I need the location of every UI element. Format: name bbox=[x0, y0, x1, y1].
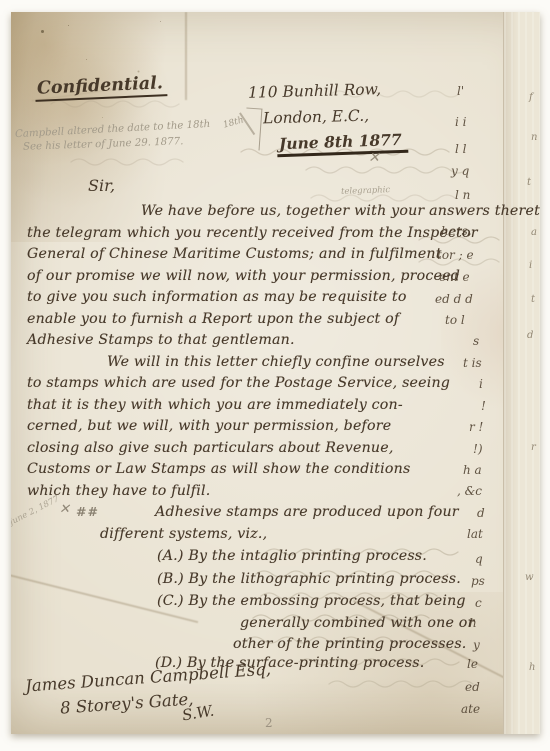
ink-fragment: f bbox=[529, 92, 533, 103]
letter-line: (C.) By the embossing process, that bein… bbox=[157, 593, 466, 609]
letter-line: to give you such information as may be r… bbox=[27, 289, 407, 305]
ink-fragment: l' bbox=[457, 84, 464, 98]
ink-fragment: h bbox=[529, 662, 535, 673]
ink-fragment: , &c bbox=[457, 484, 482, 498]
letter-line: General of Chinese Maritime Customs; and… bbox=[27, 246, 442, 262]
ink-fragment: ate bbox=[461, 702, 480, 716]
letter-line: We will in this letter chiefly confine o… bbox=[107, 354, 445, 370]
ink-fragment: r bbox=[531, 442, 536, 453]
ink-fragment: y bbox=[473, 638, 480, 652]
letter-line: of our promise we will now, with your pe… bbox=[27, 268, 460, 284]
pencil-hash-marks: ## bbox=[76, 504, 99, 519]
ink-fragment: ps bbox=[471, 574, 485, 588]
bleedthrough-stroke bbox=[311, 195, 455, 201]
ink-fragment: h a bbox=[463, 463, 482, 477]
bleedthrough-stroke bbox=[71, 159, 183, 165]
ink-fragment: i bbox=[479, 377, 483, 391]
ink-fragment: q bbox=[475, 552, 483, 566]
ink-fragment: ed d d bbox=[435, 292, 473, 306]
address-line-2: London, E.C., bbox=[263, 107, 370, 128]
letter-line: (A.) By the intaglio printing process. bbox=[157, 548, 427, 564]
letter-line: Adhesive Stamps to that gentleman. bbox=[27, 332, 295, 348]
letter-line: to stamps which are used for the Postage… bbox=[27, 375, 450, 391]
letter-line: closing also give such particulars about… bbox=[27, 440, 394, 456]
pencil-x-mark: ✕ bbox=[59, 502, 70, 517]
letter-line: cerned, but we will, with your permissio… bbox=[27, 418, 391, 434]
ink-fragment: tor ; e bbox=[437, 248, 474, 262]
date-line: June 8th 1877 bbox=[277, 130, 409, 158]
ink-fragment: a bbox=[531, 227, 537, 238]
ink-fragment: to l bbox=[445, 313, 465, 327]
letter-line: (B.) By the lithographic printing proces… bbox=[157, 571, 461, 587]
letter-line: Adhesive stamps are produced upon four bbox=[155, 504, 459, 520]
ink-fragment: t bbox=[527, 177, 531, 188]
bleedthrough-stroke bbox=[329, 681, 473, 687]
letter-line: other of the printing processes. bbox=[233, 636, 467, 652]
scan-background: l'i il ly ql nhers,tor ; eent eed d dto … bbox=[0, 0, 550, 751]
ink-fragment: r ! bbox=[469, 420, 483, 434]
page-number: 2 bbox=[265, 716, 273, 730]
ink-fragment: i i bbox=[455, 115, 467, 129]
ink-fragment: ed bbox=[465, 680, 480, 694]
ink-fragment: !) bbox=[473, 442, 483, 456]
ink-fragment: le bbox=[467, 657, 478, 671]
ink-fragment: s bbox=[473, 334, 479, 348]
pencil-insertion: telegraphic bbox=[341, 185, 390, 197]
ink-fragment: l l bbox=[455, 142, 467, 156]
letter-page: l'i il ly ql nhers,tor ; eent eed d dto … bbox=[11, 12, 540, 734]
ink-fragment: c bbox=[475, 596, 482, 610]
ink-fragment: l n bbox=[455, 188, 470, 202]
pencil-x-mark: ✕ bbox=[368, 150, 380, 166]
address-line-1: 110 Bunhill Row, bbox=[248, 80, 381, 101]
bleedthrough-stroke bbox=[306, 167, 466, 173]
ink-fragment: lat bbox=[467, 527, 483, 541]
letter-line: the telegram which you recently received… bbox=[27, 225, 478, 241]
ink-fragment: t bbox=[531, 294, 535, 305]
ink-fragment: n bbox=[531, 132, 537, 143]
bleedthrough-stroke bbox=[51, 101, 179, 107]
letter-line: We have before us, together with your an… bbox=[141, 203, 540, 219]
ink-fragment: ! bbox=[481, 399, 486, 413]
letter-line: that it is they with which you are immed… bbox=[27, 397, 403, 413]
letter-line: different systems, viz., bbox=[100, 526, 267, 542]
salutation: Sir, bbox=[88, 176, 115, 195]
letter-line: generally combined with one or bbox=[240, 615, 474, 631]
ink-fragment: i bbox=[529, 260, 532, 271]
pencil-bracket-mark bbox=[244, 107, 263, 150]
ink-fragment: d bbox=[477, 506, 485, 520]
ink-fragment: t is bbox=[463, 356, 482, 370]
letter-line: enable you to furnish a Report upon the … bbox=[27, 311, 399, 327]
ink-fragment: w bbox=[525, 572, 534, 583]
ink-fragment: d bbox=[527, 330, 533, 341]
letter-line: which they have to fulfil. bbox=[27, 483, 210, 499]
ink-fragment: y q bbox=[451, 164, 469, 178]
letter-line: Customs or Law Stamps as will show the c… bbox=[27, 461, 410, 477]
